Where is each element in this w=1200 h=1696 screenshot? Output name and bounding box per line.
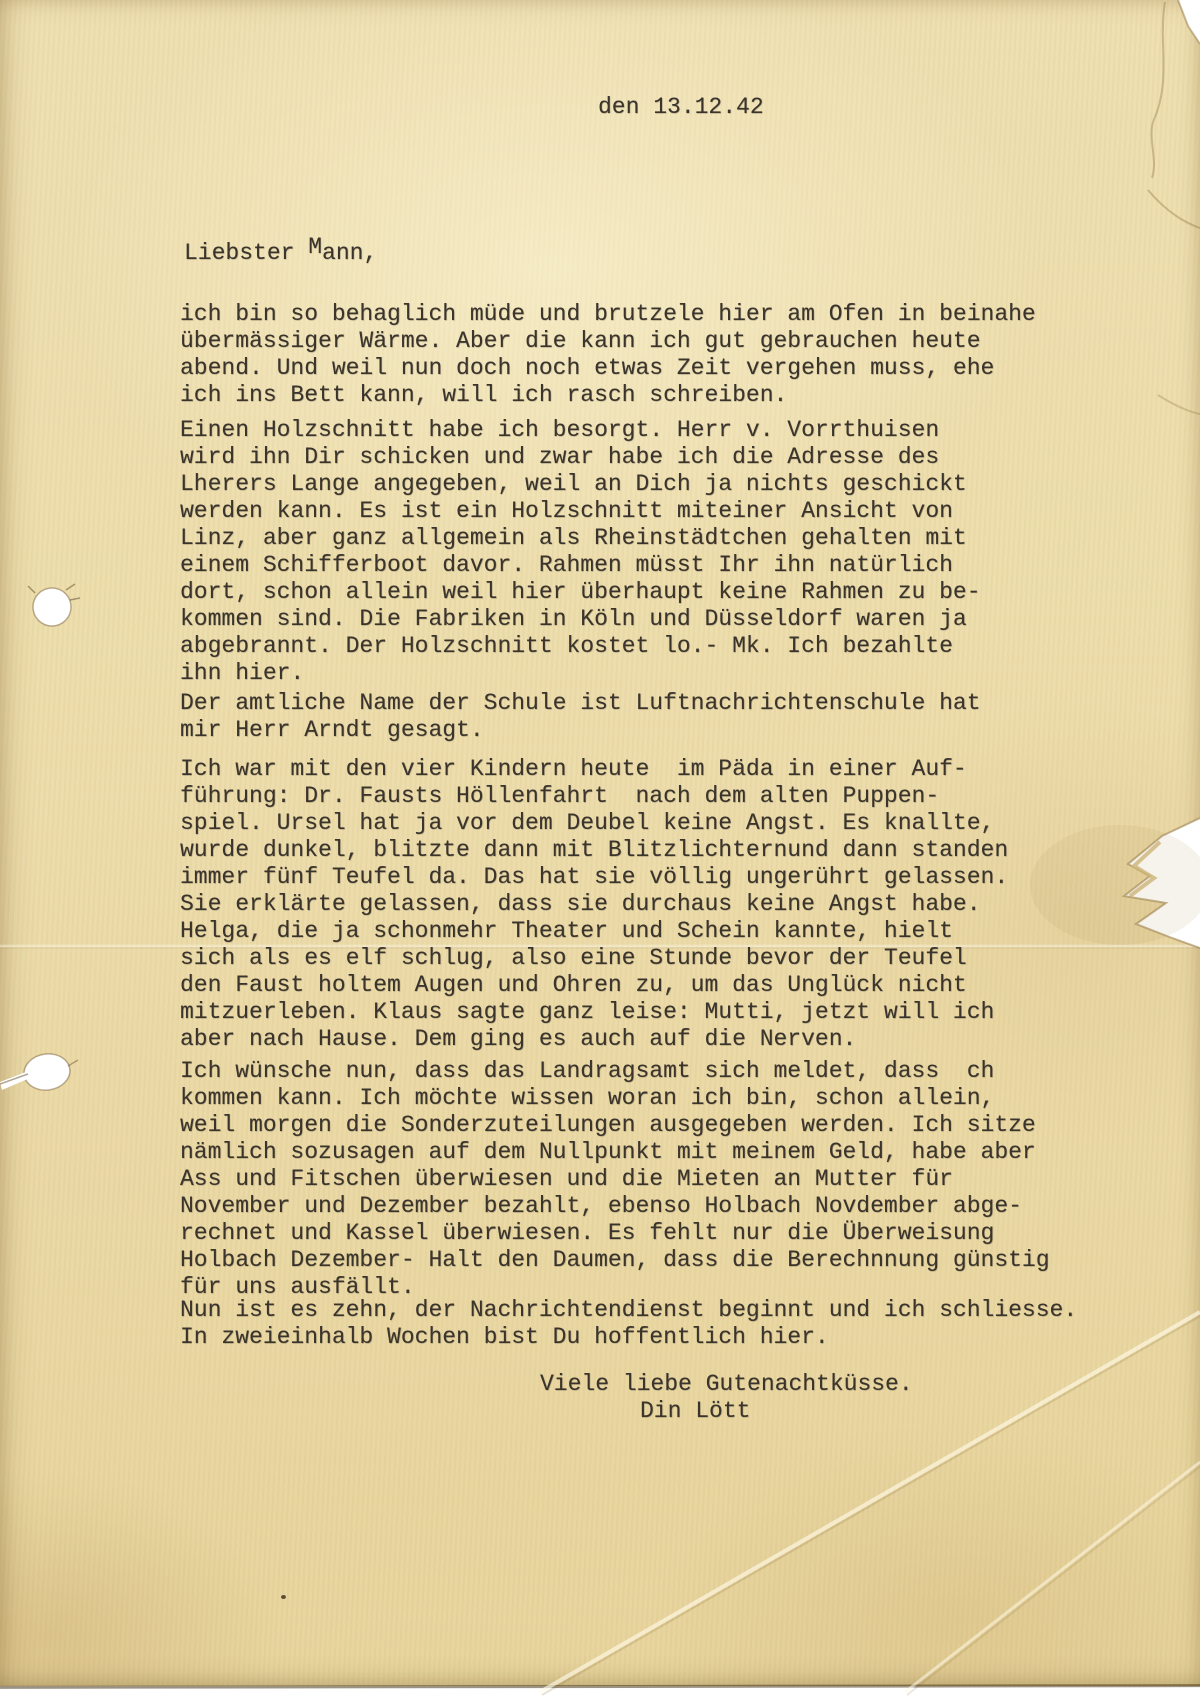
letter-date: den 13.12.42 (598, 94, 764, 121)
paragraph-5: Ich wünsche nun, dass das Landragsamt si… (180, 1058, 1050, 1301)
paragraph-4: Ich war mit den vier Kindern heute im Pä… (180, 756, 1008, 1053)
paragraph-1: ich bin so behaglich müde und brutzele h… (180, 301, 1036, 409)
paragraph-6: Nun ist es zehn, der Nachrichtendienst b… (180, 1297, 1077, 1351)
paragraph-3: Der amtliche Name der Schule ist Luftnac… (180, 690, 981, 744)
signature: Din Lött (640, 1398, 750, 1425)
salutation-raised-letter: M (308, 234, 322, 261)
scanned-letter: den 13.12.42 Liebster Mann, ich bin so b… (0, 0, 1200, 1696)
paragraph-2: Einen Holzschnitt habe ich besorgt. Herr… (180, 417, 981, 687)
salutation-prefix: Liebster (184, 240, 308, 266)
ink-speck (281, 1595, 286, 1599)
closing-line: Viele liebe Gutenachtküsse. (540, 1371, 913, 1398)
salutation: Liebster Mann, (184, 240, 377, 267)
paper-bottom-edge (0, 1684, 1200, 1689)
salutation-rest: ann, (322, 240, 377, 266)
